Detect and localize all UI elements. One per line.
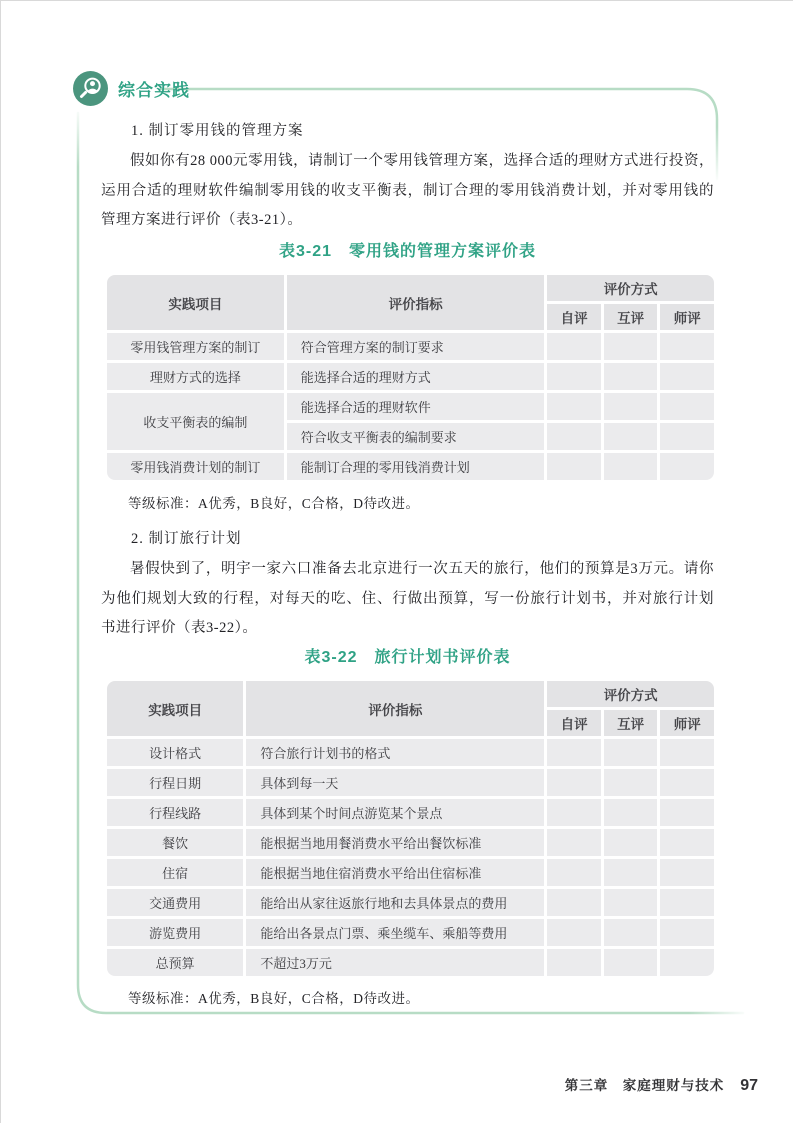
col-header-indicator: 评价指标	[246, 681, 544, 736]
eval-cell	[660, 739, 714, 766]
col-header-peer: 互评	[604, 304, 658, 330]
col-header-project: 实践项目	[107, 275, 284, 330]
project-cell: 总预算	[107, 949, 243, 976]
eval-cell	[547, 453, 601, 480]
project-cell: 零用钱管理方案的制订	[107, 333, 284, 360]
table-row: 游览费用 能给出各景点门票、乘坐缆车、乘船等费用	[107, 919, 714, 946]
eval-cell	[660, 363, 714, 390]
eval-cell	[547, 333, 601, 360]
eval-cell	[604, 363, 658, 390]
indicator-cell: 符合旅行计划书的格式	[246, 739, 544, 766]
indicator-cell: 能选择合适的理财软件	[287, 393, 545, 420]
table-row: 设计格式 符合旅行计划书的格式	[107, 739, 714, 766]
eval-cell	[604, 393, 658, 420]
eval-cell	[660, 799, 714, 826]
col-header-self: 自评	[547, 304, 601, 330]
eval-cell	[547, 919, 601, 946]
table-3-22: 实践项目 评价指标 评价方式 自评 互评 师评 设计格式 符合旅行计划书的格式 …	[104, 678, 717, 979]
task1-paragraph: 假如你有28 000元零用钱，请制订一个零用钱管理方案，选择合适的理财方式进行投…	[101, 147, 714, 236]
col-header-teacher: 师评	[660, 304, 714, 330]
col-header-peer: 互评	[604, 710, 658, 736]
table-row: 交通费用 能给出从家往返旅行地和去具体景点的费用	[107, 889, 714, 916]
indicator-cell: 具体到某个时间点游览某个景点	[246, 799, 544, 826]
indicator-cell: 能给出各景点门票、乘坐缆车、乘船等费用	[246, 919, 544, 946]
table-row: 住宿 能根据当地住宿消费水平给出住宿标准	[107, 859, 714, 886]
eval-cell	[547, 393, 601, 420]
project-cell: 交通费用	[107, 889, 243, 916]
project-cell: 游览费用	[107, 919, 243, 946]
eval-cell	[604, 453, 658, 480]
eval-cell	[547, 423, 601, 450]
eval-cell	[660, 423, 714, 450]
section-title: 综合实践	[118, 76, 190, 101]
indicator-cell: 能选择合适的理财方式	[287, 363, 545, 390]
col-header-method: 评价方式	[547, 681, 714, 707]
page-number: 97	[740, 1077, 758, 1095]
table-row: 总预算 不超过3万元	[107, 949, 714, 976]
col-header-project: 实践项目	[107, 681, 243, 736]
indicator-cell: 符合收支平衡表的编制要求	[287, 423, 545, 450]
col-header-teacher: 师评	[660, 710, 714, 736]
eval-cell	[604, 799, 658, 826]
eval-cell	[660, 949, 714, 976]
eval-cell	[547, 739, 601, 766]
col-header-indicator: 评价指标	[287, 275, 545, 330]
eval-cell	[604, 949, 658, 976]
task1-heading: 1. 制订零用钱的管理方案	[131, 119, 304, 140]
table1-caption: 表3-21 零用钱的管理方案评价表	[104, 238, 711, 261]
table-row: 零用钱管理方案的制订 符合管理方案的制订要求	[107, 333, 714, 360]
table-row: 餐饮 能根据当地用餐消费水平给出餐饮标准	[107, 829, 714, 856]
grading-note: 等级标准：A优秀，B良好，C合格，D待改进。	[128, 987, 420, 1007]
page-footer: 第三章 家庭理财与技术 97	[565, 1074, 758, 1095]
project-cell: 设计格式	[107, 739, 243, 766]
indicator-cell: 具体到每一天	[246, 769, 544, 796]
eval-cell	[547, 363, 601, 390]
table-3-21: 实践项目 评价指标 评价方式 自评 互评 师评 零用钱管理方案的制订 符合管理方…	[104, 272, 717, 483]
table2-caption: 表3-22 旅行计划书评价表	[104, 644, 711, 667]
project-cell: 理财方式的选择	[107, 363, 284, 390]
project-cell: 住宿	[107, 859, 243, 886]
indicator-cell: 能制订合理的零用钱消费计划	[287, 453, 545, 480]
eval-cell	[660, 393, 714, 420]
eval-cell	[547, 829, 601, 856]
eval-cell	[660, 889, 714, 916]
table-row: 理财方式的选择 能选择合适的理财方式	[107, 363, 714, 390]
grading-note: 等级标准：A优秀，B良好，C合格，D待改进。	[128, 492, 420, 512]
col-header-self: 自评	[547, 710, 601, 736]
eval-cell	[604, 889, 658, 916]
table-row: 收支平衡表的编制 能选择合适的理财软件	[107, 393, 714, 420]
indicator-cell: 能根据当地用餐消费水平给出餐饮标准	[246, 829, 544, 856]
eval-cell	[660, 919, 714, 946]
table-row: 行程日期 具体到每一天	[107, 769, 714, 796]
eval-cell	[547, 769, 601, 796]
indicator-cell: 能给出从家往返旅行地和去具体景点的费用	[246, 889, 544, 916]
col-header-method: 评价方式	[547, 275, 714, 301]
table-row: 零用钱消费计划的制订 能制订合理的零用钱消费计划	[107, 453, 714, 480]
indicator-cell: 不超过3万元	[246, 949, 544, 976]
eval-cell	[547, 799, 601, 826]
magnifier-person-icon	[73, 71, 108, 106]
indicator-cell: 能根据当地住宿消费水平给出住宿标准	[246, 859, 544, 886]
section-header: 综合实践	[73, 71, 190, 106]
eval-cell	[604, 919, 658, 946]
eval-cell	[660, 769, 714, 796]
eval-cell	[660, 859, 714, 886]
eval-cell	[547, 889, 601, 916]
eval-cell	[604, 333, 658, 360]
eval-cell	[660, 333, 714, 360]
indicator-cell: 符合管理方案的制订要求	[287, 333, 545, 360]
eval-cell	[604, 739, 658, 766]
eval-cell	[604, 829, 658, 856]
eval-cell	[660, 829, 714, 856]
eval-cell	[660, 453, 714, 480]
project-cell: 行程日期	[107, 769, 243, 796]
project-cell: 行程线路	[107, 799, 243, 826]
eval-cell	[604, 423, 658, 450]
textbook-page: 综合实践 1. 制订零用钱的管理方案 假如你有28 000元零用钱，请制订一个零…	[0, 0, 793, 1123]
eval-cell	[547, 859, 601, 886]
task2-heading: 2. 制订旅行计划	[131, 527, 242, 548]
task2-paragraph: 暑假快到了，明宇一家六口准备去北京进行一次五天的旅行，他们的预算是3万元。请你为…	[101, 555, 714, 644]
project-cell: 零用钱消费计划的制订	[107, 453, 284, 480]
eval-cell	[604, 769, 658, 796]
project-cell: 餐饮	[107, 829, 243, 856]
project-cell: 收支平衡表的编制	[107, 393, 284, 450]
chapter-title: 第三章 家庭理财与技术	[565, 1074, 725, 1094]
eval-cell	[604, 859, 658, 886]
table-row: 行程线路 具体到某个时间点游览某个景点	[107, 799, 714, 826]
eval-cell	[547, 949, 601, 976]
